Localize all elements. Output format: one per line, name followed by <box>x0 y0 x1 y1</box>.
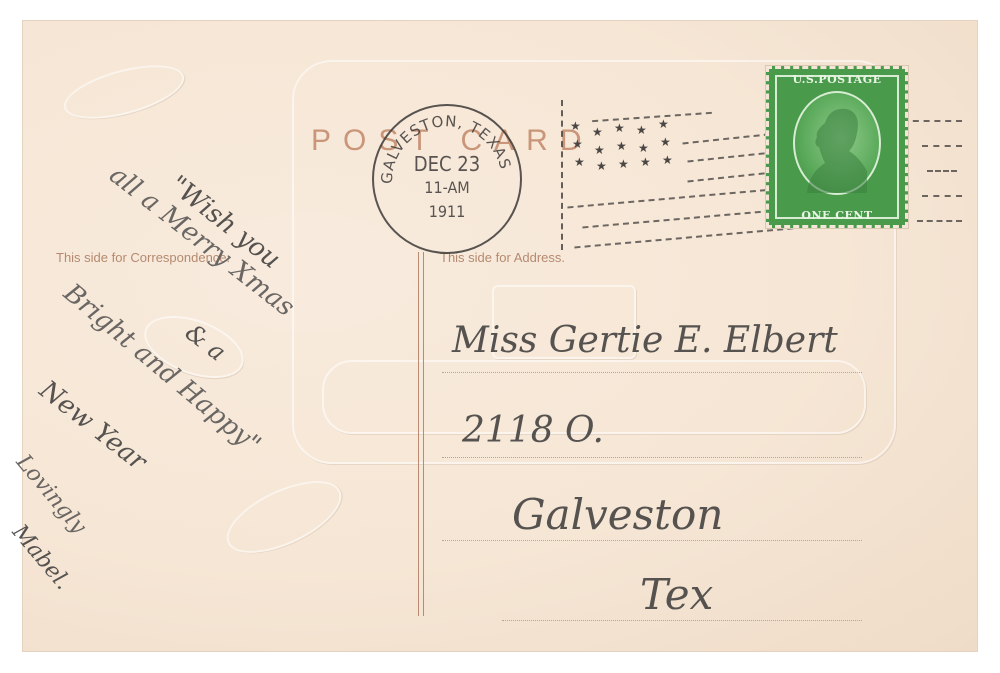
flagpole <box>561 100 563 250</box>
cancel-bar <box>922 195 962 197</box>
address-line-4 <box>502 620 862 621</box>
star-icon: ★ <box>660 136 671 148</box>
embossed-holly-leaf <box>216 466 351 567</box>
postmark-time: 11-AM <box>374 178 520 197</box>
flag-stripe <box>574 226 813 249</box>
postcard-back: POST CARD This side for Correspondence. … <box>22 20 978 652</box>
star-icon: ★ <box>638 142 649 154</box>
postmark-year: 1911 <box>374 202 520 221</box>
star-icon: ★ <box>574 156 585 168</box>
postmark-date: DEC 23 <box>374 152 520 176</box>
address-city: Galveston <box>512 490 723 539</box>
star-icon: ★ <box>572 138 583 150</box>
star-icon: ★ <box>636 124 647 136</box>
star-icon: ★ <box>614 122 625 134</box>
message-line-3: & a <box>180 318 231 367</box>
star-icon: ★ <box>596 160 607 172</box>
flag-stripe <box>592 112 712 122</box>
star-icon: ★ <box>570 120 581 132</box>
cancel-bar <box>917 220 962 222</box>
address-street: 2118 O. <box>462 410 604 451</box>
postmark-circle: GALVESTON, TEXAS DEC 23 11-AM 1911 <box>372 104 522 254</box>
star-icon: ★ <box>662 154 673 166</box>
address-line-1 <box>442 372 862 373</box>
address-line-2 <box>442 457 862 458</box>
stamp-bottom-text: ONE CENT <box>769 209 905 222</box>
embossed-holly-leaf <box>58 55 189 130</box>
message-line-5: New Year <box>34 375 152 477</box>
divider-line <box>418 252 424 616</box>
address-name: Miss Gertie E. Elbert <box>452 320 838 361</box>
star-icon: ★ <box>618 158 629 170</box>
cancel-bar <box>927 170 957 172</box>
postage-stamp: U.S.POSTAGE ONE CENT <box>766 66 908 228</box>
portrait-silhouette <box>795 93 879 193</box>
address-line-3 <box>442 540 862 541</box>
star-icon: ★ <box>616 140 627 152</box>
star-icon: ★ <box>658 118 669 130</box>
star-icon: ★ <box>592 126 603 138</box>
star-icon: ★ <box>594 144 605 156</box>
franklin-portrait-icon <box>793 91 881 195</box>
cancel-bar <box>902 120 962 122</box>
cancel-bar <box>922 145 962 147</box>
stamp-top-text: U.S.POSTAGE <box>769 73 905 86</box>
address-state: Tex <box>640 570 713 619</box>
star-icon: ★ <box>640 156 651 168</box>
